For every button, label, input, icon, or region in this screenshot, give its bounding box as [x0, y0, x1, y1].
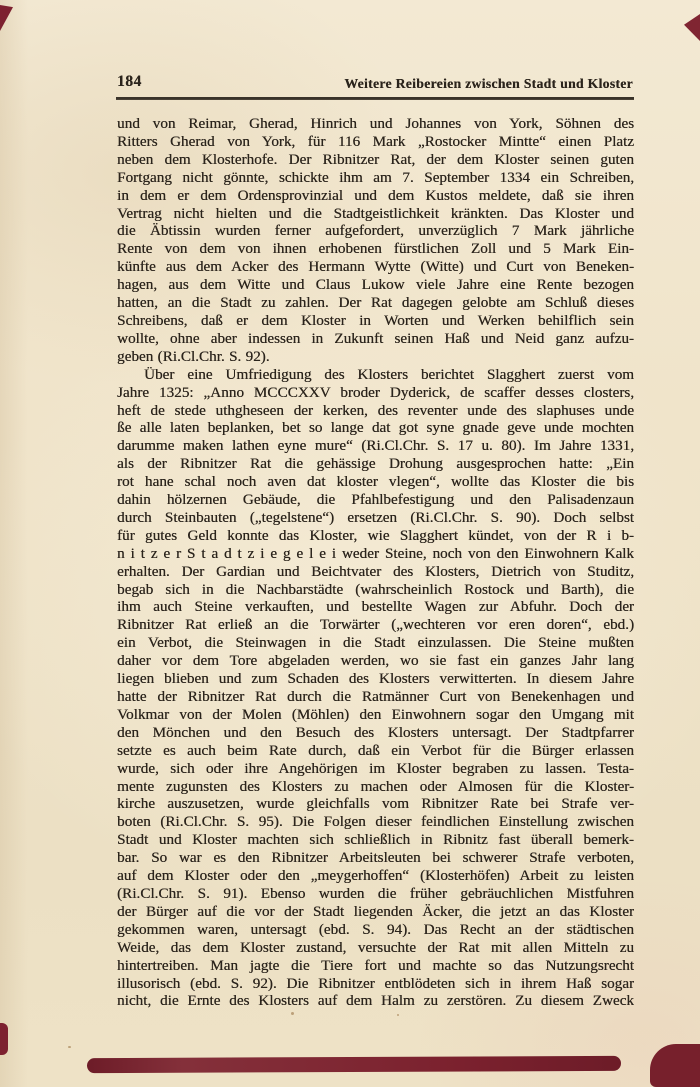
text-line: Ritters Gherad von York, für 116 Mark „R… [117, 133, 634, 151]
paragraph: Über eine Umfriedigung des Klosters beri… [117, 366, 634, 1011]
text-line: Schreibens, daß er dem Kloster in Worten… [117, 312, 634, 330]
text-line: boten (Ri.Cl.Chr. S. 95). Die Folgen die… [117, 813, 634, 831]
text-line: wollte, ohne aber indessen in Zukunft se… [117, 330, 634, 348]
text-line: hagen, aus dem Witte und Claus Lukow vie… [117, 276, 634, 294]
paragraph: und von Reimar, Gherad, Hinrich und Joha… [117, 115, 634, 366]
text-line: daher vor dem Tore abgeladen werden, wo … [117, 652, 634, 670]
text-line: illusorisch (ebd. S. 92). Die Ribnitzer … [117, 975, 634, 993]
text-line: nicht, die Ernte des Klosters auf dem Ha… [117, 992, 634, 1010]
paper-speck [291, 1012, 294, 1015]
text-line: begab sich in die Nachbarstädte (wahrsch… [117, 581, 634, 599]
text-line: kirche auszusetzen, wurde gleichfalls vo… [117, 795, 634, 813]
text-line: Rente von dem von ihnen erhobenen fürstl… [117, 240, 634, 258]
text-line: Jahre 1325: „Anno MCCCXXV broder Dyderic… [117, 384, 634, 402]
text-line: n i t z e r S t a d t z i e g e l e i we… [117, 545, 634, 563]
scan-artifact-bottom-right [650, 1044, 700, 1087]
text-line: hatte der Ribnitzer Rat durch die Ratmän… [117, 688, 634, 706]
text-line: darumme maken lathen eyne mure“ (Ri.Cl.C… [117, 437, 634, 455]
text-line: durch Steinbauten („tegelstene“) ersetze… [117, 509, 634, 527]
text-line: Vertrag nicht hielten und die Stadtgeist… [117, 205, 634, 223]
text-line: ße alle laten beplanken, bet so lange da… [117, 419, 634, 437]
text-line: Weide, das dem Kloster zustand, versucht… [117, 939, 634, 957]
text-line: wurde, sich oder ihre Angehörigen im Klo… [117, 760, 634, 778]
text-line: ihm auch Steine verkauften, und bestellt… [117, 598, 634, 616]
scan-artifact-left-edge [0, 1023, 8, 1055]
text-line: und von Reimar, Gherad, Hinrich und Joha… [117, 115, 634, 133]
text-line: der Bürger auf die vor der Stadt liegend… [117, 903, 634, 921]
text-line: (Ri.Cl.Chr. S. 91). Ebenso wurden die fr… [117, 885, 634, 903]
text-line: heft de stede uthgheseen der kerken, des… [117, 402, 634, 420]
text-line: Stadt und Kloster machten sich schließli… [117, 831, 634, 849]
paper-speck [397, 1014, 399, 1016]
scan-artifact-top-left [0, 5, 13, 31]
text-line: hatten, an die Stadt zu zahlen. Der Rat … [117, 294, 634, 312]
text-line: Fortgang nicht gönnte, schickte ihm am 7… [117, 169, 634, 187]
text-line: den Mönchen und den Besuch des Klosters … [117, 724, 634, 742]
scan-artifact-top-right [684, 14, 700, 41]
scan-artifact-bottom-bar [87, 1056, 621, 1073]
text-line: in dem er dem Ordensprovinzial und dem K… [117, 187, 634, 205]
text-line: künfte aus dem Acker des Hermann Wytte (… [117, 258, 634, 276]
text-line: auf dem Kloster oder den „meygerhoffen“ … [117, 867, 634, 885]
text-line: bar. So war es den Ribnitzer Arbeitsleut… [117, 849, 634, 867]
text-line: für gutes Geld konnte das Kloster, wie S… [117, 527, 634, 545]
text-line: neben dem Klosterhofe. Der Ribnitzer Rat… [117, 151, 634, 169]
text-line: hintertreiben. Man jagte die Tiere fort … [117, 957, 634, 975]
text-line: als der Ribnitzer Rat die gehässige Droh… [117, 455, 634, 473]
text-line: mente zugunsten des Klosters zu machen o… [117, 778, 634, 796]
scanned-book-page: 184 Weitere Reibereien zwischen Stadt un… [0, 0, 700, 1087]
text-line: die Äbtissin wurden ferner aufgefordert,… [117, 222, 634, 240]
header-double-rule [116, 97, 634, 100]
text-line: erhalten. Der Gardian und Beichtvater de… [117, 563, 634, 581]
text-line: gekommen waren, untersagt (ebd. S. 94). … [117, 921, 634, 939]
paper-speck [68, 1046, 71, 1048]
text-line: liegen blieben und zum Schaden des Klost… [117, 670, 634, 688]
text-line: rot hane schal noch aven dat kloster vle… [117, 473, 634, 491]
text-block: und von Reimar, Gherad, Hinrich und Joha… [117, 115, 634, 1010]
text-line: Über eine Umfriedigung des Klosters beri… [117, 366, 634, 384]
text-line: dahin hölzernen Gebäude, die Pfahlbefest… [117, 491, 634, 509]
text-line: ein Verbot, die Steinwagen in die Stadt … [117, 634, 634, 652]
text-line: Ribnitzer Rat erließ an die Torwärter („… [117, 616, 634, 634]
text-line: setzte es auch beim Rate durch, daß ein … [117, 742, 634, 760]
running-header: Weitere Reibereien zwischen Stadt und Kl… [117, 76, 633, 92]
text-line: Volkmar von der Molen (Möhlen) den Einwo… [117, 706, 634, 724]
text-line: geben (Ri.Cl.Chr. S. 92). [117, 348, 634, 366]
